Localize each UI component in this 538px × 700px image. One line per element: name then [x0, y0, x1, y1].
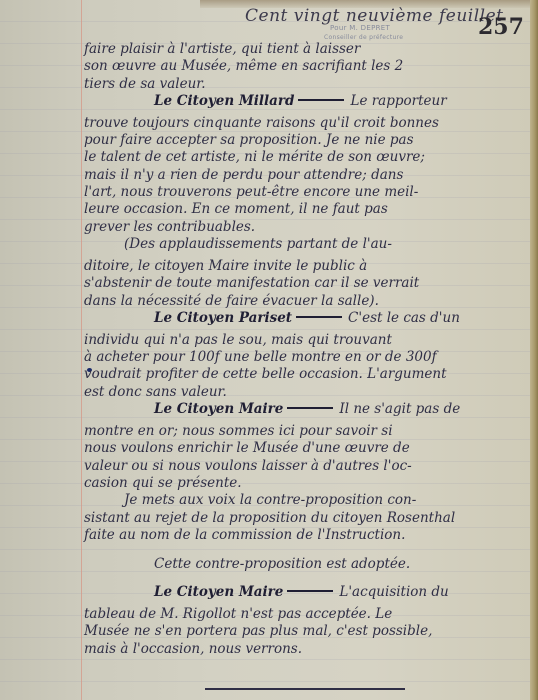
- text-line: le talent de cet artiste, ni le mérite d…: [84, 149, 524, 166]
- sheet-header: Cent vingt neuvième feuillet: [245, 6, 504, 26]
- folio-number: 257: [478, 14, 524, 40]
- speaker-dash: [298, 99, 344, 101]
- speaker-name: Le Citoyen Pariset: [154, 310, 292, 326]
- text-line: sistant au rejet de la proposition du ci…: [84, 510, 524, 527]
- margin-rule: [81, 0, 82, 700]
- speaker-name: Le Citoyen Millard: [154, 93, 294, 109]
- text-line: s'abstenir de toute manifestation car il…: [84, 275, 524, 292]
- speech-opening: Le Citoyen MaireIl ne s'agit pas de: [84, 401, 524, 423]
- resolution-line: Cette contre-proposition est adoptée.: [84, 544, 524, 584]
- text-line: L'acquisition du: [339, 584, 448, 600]
- text-line: individu qui n'a pas le sou, mais qui tr…: [84, 332, 524, 349]
- text-line: son œuvre au Musée, même en sacrifiant l…: [84, 58, 524, 75]
- text-line: casion qui se présente.: [84, 475, 524, 492]
- book-binding: [530, 0, 538, 700]
- text-line: dans la nécessité de faire évacuer la sa…: [84, 293, 524, 310]
- text-line: montre en or; nous sommes ici pour savoi…: [84, 423, 524, 440]
- text-line: trouve toujours cinquante raisons qu'il …: [84, 115, 524, 132]
- speaker-dash: [287, 590, 333, 592]
- speech-opening: Le Citoyen ParisetC'est le cas d'un: [84, 310, 524, 332]
- speech-opening: Le Citoyen MaireL'acquisition du: [84, 584, 524, 606]
- text-line: est donc sans valeur.: [84, 384, 524, 401]
- text-line: faite au nom de la commission de l'Instr…: [84, 527, 524, 544]
- speaker-dash: [296, 316, 342, 318]
- text-line: grever les contribuables.: [84, 219, 524, 236]
- official-stamp: Pour M. DEPRET Conseiller de préfecture: [330, 24, 403, 42]
- text-line: nous voulons enrichir le Musée d'une œuv…: [84, 440, 524, 457]
- speaker-dash: [287, 407, 333, 409]
- manuscript-body: faire plaisir à l'artiste, qui tient à l…: [84, 41, 524, 658]
- speaker-name: Le Citoyen Maire: [154, 584, 283, 600]
- text-line: mais à l'occasion, nous verrons.: [84, 641, 524, 658]
- manuscript-page: Cent vingt neuvième feuillet 257 Pour M.…: [0, 0, 530, 700]
- text-line: Il ne s'agit pas de: [339, 401, 460, 417]
- text-line: à acheter pour 100f une belle montre en …: [84, 349, 524, 366]
- text-line: leure occasion. En ce moment, il ne faut…: [84, 201, 524, 218]
- text-line: l'art, nous trouverons peut-être encore …: [84, 184, 524, 201]
- text-line: mais il n'y a rien de perdu pour attendr…: [84, 167, 524, 184]
- text-line: tableau de M. Rigollot n'est pas accepté…: [84, 606, 524, 623]
- text-line: Je mets aux voix la contre-proposition c…: [84, 492, 524, 509]
- stamp-line-1: Pour M. DEPRET: [330, 24, 403, 33]
- text-line: C'est le cas d'un: [348, 310, 460, 326]
- text-line: (Des applaudissements partant de l'au-: [84, 236, 524, 258]
- text-line: pour faire accepter sa proposition. Je n…: [84, 132, 524, 149]
- section-divider: [205, 688, 405, 690]
- text-line: Musée ne s'en portera pas plus mal, c'es…: [84, 623, 524, 640]
- text-line: tiers de sa valeur.: [84, 76, 524, 93]
- text-line: faire plaisir à l'artiste, qui tient à l…: [84, 41, 524, 58]
- text-line: voudrait profiter de cette belle occasio…: [84, 366, 524, 383]
- speech-opening: Le Citoyen MillardLe rapporteur: [84, 93, 524, 115]
- speaker-name: Le Citoyen Maire: [154, 401, 283, 417]
- text-line: Le rapporteur: [350, 93, 446, 109]
- text-line: valeur ou si nous voulons laisser à d'au…: [84, 458, 524, 475]
- text-line: ditoire, le citoyen Maire invite le publ…: [84, 258, 524, 275]
